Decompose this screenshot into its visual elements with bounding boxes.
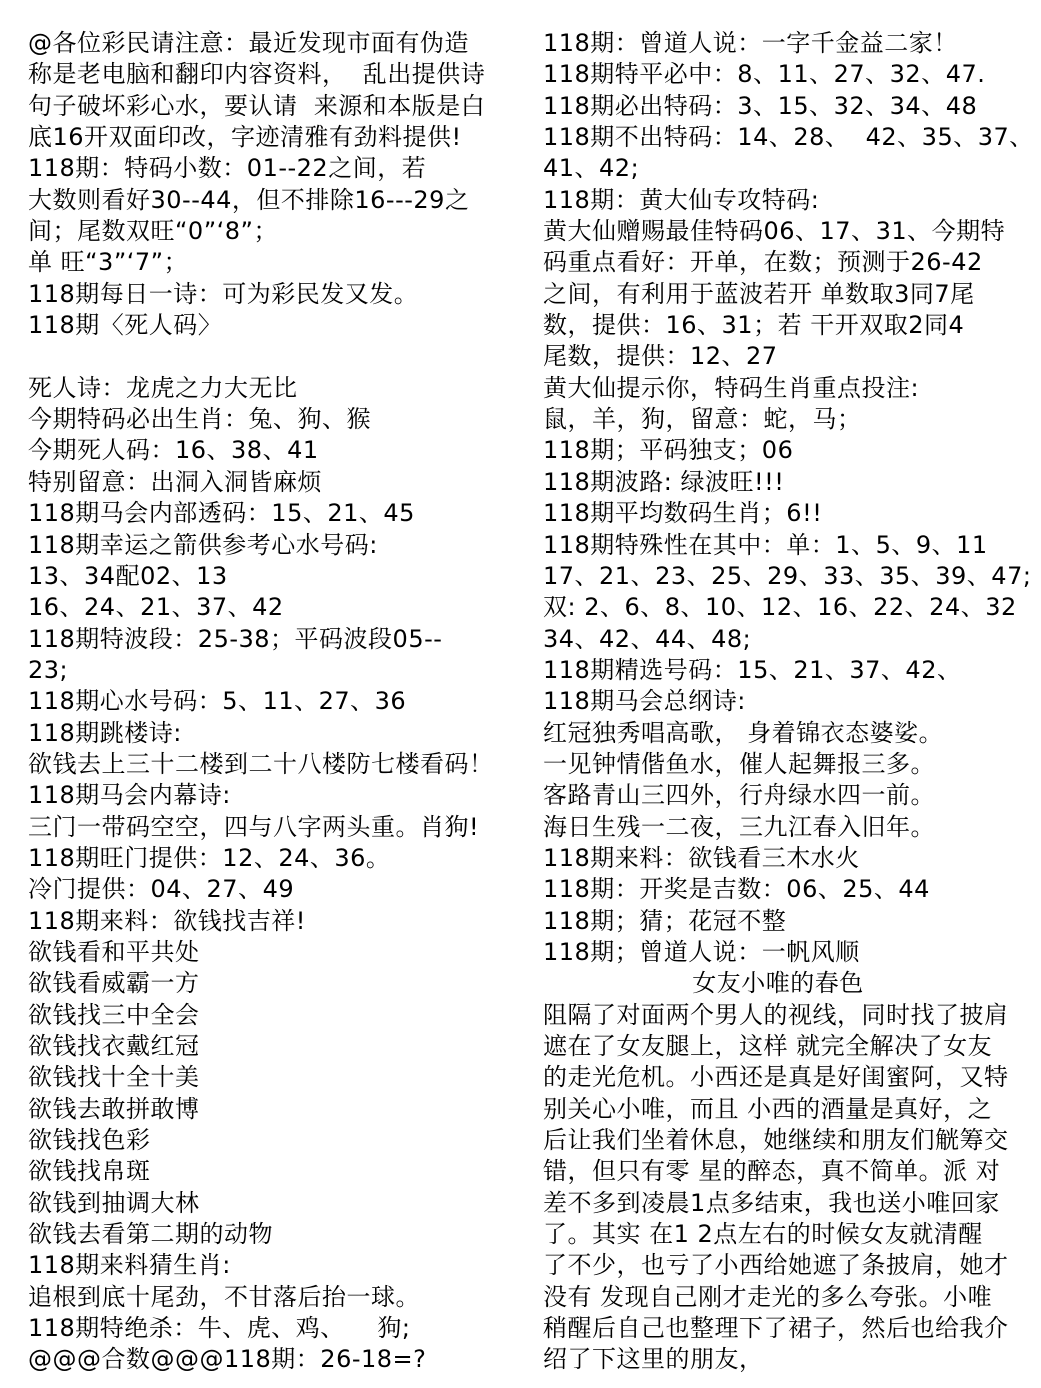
text-line: 118期马会内幕诗:: [28, 780, 512, 811]
text-line: 数，提供：16、31；若 干开双取2同4: [543, 310, 1013, 341]
text-line: 没有 发现自己刚才走光的多么夸张。小唯: [543, 1282, 1013, 1313]
text-line: 三门一带码空空，四与八字两头重。肖狗!: [28, 812, 512, 843]
text-line: 遮在了女友腿上，这样 就完全解决了女友: [543, 1031, 1013, 1062]
text-line: 追根到底十尾劲，不甘落后抬一球。: [28, 1282, 512, 1313]
text-line: 118期：曾道人说：一字千金益二家！: [543, 28, 1013, 59]
text-line: 特别留意：出洞入洞皆麻烦: [28, 467, 512, 498]
text-line: 欲钱看和平共处: [28, 937, 512, 968]
text-line: 今期特码必出生肖：兔、狗、猴: [28, 404, 512, 435]
text-line: 118期精选号码：15、21、37、42、: [543, 655, 1013, 686]
text-line: 海日生残一二夜，三九江春入旧年。: [543, 812, 1013, 843]
text-line: 黄大仙提示你，特码生肖重点投注:: [543, 373, 1013, 404]
text-line: 女友小唯的春色: [543, 968, 1013, 999]
text-line: 118期马会内部透码：15、21、45: [28, 498, 512, 529]
text-line: 之间，有利用于蓝波若开 单数取3同7尾: [543, 279, 1013, 310]
text-line: 欲钱找衣戴红冠: [28, 1031, 512, 1062]
text-line: 118期来料：欲钱找吉祥!: [28, 906, 512, 937]
text-line: 了不少，也亏了小西给她遮了条披肩，她才: [543, 1250, 1013, 1281]
text-line: 错，但只有零 星的醉态，真不简单。派 对: [543, 1156, 1013, 1187]
text-line: 17、21、23、25、29、33、35、39、47;: [543, 561, 1013, 592]
text-line: 欲钱看威霸一方: [28, 968, 512, 999]
text-line: 118期跳楼诗:: [28, 718, 512, 749]
text-line: 118期特波段：25-38；平码波段05--: [28, 624, 512, 655]
text-line: 41、42;: [543, 153, 1013, 184]
text-line: 称是老电脑和翻印内容资料， 乱出提供诗: [28, 59, 512, 90]
text-line: 今期死人码：16、38、41: [28, 435, 512, 466]
text-line: 欲钱去看第二期的动物: [28, 1219, 512, 1250]
text-line: 欲钱找帛斑: [28, 1156, 512, 1187]
text-line: 118期：开奖是吉数：06、25、44: [543, 874, 1013, 905]
text-line: 黄大仙赠赐最佳特码06、17、31、今期特: [543, 216, 1013, 247]
text-line: 16、24、21、37、42: [28, 592, 512, 623]
text-line: 118期旺门提供：12、24、36。: [28, 843, 512, 874]
text-line: 118期波路: 绿波旺!!!: [543, 467, 1013, 498]
text-line: 后让我们坐着休息，她继续和朋友们觥筹交: [543, 1125, 1013, 1156]
text-line: @@@合数@@@118期：26-18=?: [28, 1344, 512, 1375]
text-line: 118期不出特码：14、28、 42、35、37、: [543, 122, 1013, 153]
text-line: @各位彩民请注意：最近发现市面有伪造: [28, 28, 512, 59]
text-line: 尾数，提供：12、27: [543, 341, 1013, 372]
text-line: 118期：特码小数：01--22之间，若: [28, 153, 512, 184]
text-line: 客路青山三四外，行舟绿水四一前。: [543, 780, 1013, 811]
text-line: 118期〈死人码〉: [28, 310, 512, 341]
text-line: 118期每日一诗：可为彩民发又发。: [28, 279, 512, 310]
text-line: 118期来料猜生肖:: [28, 1250, 512, 1281]
text-line: 118期幸运之箭供参考心水号码:: [28, 530, 512, 561]
text-line: 欲钱找三中全会: [28, 1000, 512, 1031]
left-column: @各位彩民请注意：最近发现市面有伪造称是老电脑和翻印内容资料， 乱出提供诗句子破…: [28, 28, 512, 1376]
text-line: 34、42、44、48;: [543, 624, 1013, 655]
text-line: 13、34配02、13: [28, 561, 512, 592]
text-line: 118期心水号码：5、11、27、36: [28, 686, 512, 717]
text-line: 欲钱去敢拼敢博: [28, 1094, 512, 1125]
text-line: 绍了下这里的朋友，: [543, 1344, 1013, 1375]
text-line: 别关心小唯，而且 小西的酒量是真好，之: [543, 1094, 1013, 1125]
text-line: 一见钟情偕鱼水，催人起舞报三多。: [543, 749, 1013, 780]
text-line: 118期；猜；花冠不整: [543, 906, 1013, 937]
text-line: 欲钱去上三十二楼到二十八楼防七楼看码！: [28, 749, 512, 780]
lottery-tips-page: @各位彩民请注意：最近发现市面有伪造称是老电脑和翻印内容资料， 乱出提供诗句子破…: [0, 0, 1041, 1388]
right-column: 118期：曾道人说：一字千金益二家！118期特平必中：8、11、27、32、47…: [543, 28, 1013, 1376]
text-line: 双: 2、6、8、10、12、16、22、24、32: [543, 592, 1013, 623]
text-line: 死人诗：龙虎之力大无比: [28, 373, 512, 404]
text-line: 118期：黄大仙专攻特码:: [543, 185, 1013, 216]
text-line: [28, 341, 512, 372]
text-line: 118期特殊性在其中：单：1、5、9、11: [543, 530, 1013, 561]
text-line: 鼠，羊，狗，留意：蛇，马；: [543, 404, 1013, 435]
text-line: 欲钱到抽调大林: [28, 1188, 512, 1219]
text-line: 欲钱找十全十美: [28, 1062, 512, 1093]
text-line: 句子破坏彩心水，要认请 来源和本版是白: [28, 91, 512, 122]
text-line: 118期马会总纲诗:: [543, 686, 1013, 717]
text-line: 的走光危机。小西还是真是好闺蜜阿，又特: [543, 1062, 1013, 1093]
text-line: 118期；平码独支；06: [543, 435, 1013, 466]
text-line: 红冠独秀唱高歌， 身着锦衣态婆娑。: [543, 718, 1013, 749]
text-line: 差不多到凌晨1点多结束，我也送小唯回家: [543, 1188, 1013, 1219]
text-line: 冷门提供：04、27、49: [28, 874, 512, 905]
text-line: 码重点看好：开单，在数；预测于26-42: [543, 247, 1013, 278]
text-line: 阻隔了对面两个男人的视线，同时找了披肩: [543, 1000, 1013, 1031]
text-line: 底16开双面印改，字迹清雅有劲料提供!: [28, 122, 512, 153]
text-line: 118期；曾道人说：一帆风顺: [543, 937, 1013, 968]
text-line: 单 旺“3”‘7”；: [28, 247, 512, 278]
text-line: 间；尾数双旺“0”‘8”；: [28, 216, 512, 247]
text-line: 欲钱找色彩: [28, 1125, 512, 1156]
text-line: 118期特绝杀：牛、虎、鸡、 狗;: [28, 1313, 512, 1344]
text-line: 23;: [28, 655, 512, 686]
text-line: 118期必出特码：3、15、32、34、48: [543, 91, 1013, 122]
text-line: 118期来料：欲钱看三木水火: [543, 843, 1013, 874]
text-line: 稍醒后自己也整理下了裙子，然后也给我介: [543, 1313, 1013, 1344]
text-line: 118期平均数码生肖；6!!: [543, 498, 1013, 529]
text-line: 了。其实 在1 2点左右的时候女友就清醒: [543, 1219, 1013, 1250]
text-line: 大数则看好30--44，但不排除16---29之: [28, 185, 512, 216]
text-line: 118期特平必中：8、11、27、32、47.: [543, 59, 1013, 90]
